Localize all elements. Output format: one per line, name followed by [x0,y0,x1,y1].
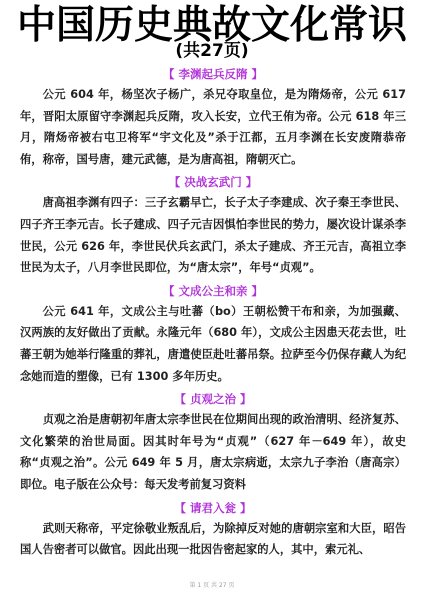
section-paragraph: 贞观之治是唐朝初年唐太宗李世民在位期间出现的政治清明、经济复苏、文化繁荣的治世局… [20,409,406,495]
section-heading: 【 李渊起兵反隋 】 [20,64,406,84]
section-paragraph: 武则天称帝，平定徐敬业叛乱后，为除掉反对她的唐朝宗室和大臣，昭告国人告密者可以做… [20,518,406,561]
section-paragraph: 唐高祖李渊有四子：三子玄霸早亡，长子太子李建成、次子秦王李世民、四子齐王李元吉。… [20,192,406,278]
page-count-subtitle: (共27页) [0,41,424,61]
section-heading: 【 请君入瓮 】 [20,498,406,518]
section-paragraph: 公元 604 年，杨坚次子杨广，杀兄夺取皇位，是为隋炀帝，公元 617 年，晋阳… [20,84,406,170]
section-heading: 【 文成公主和亲 】 [20,281,406,301]
section-heading: 【 贞观之治 】 [20,389,406,409]
section-heading: 【 决战玄武门 】 [20,172,406,192]
section-paragraph: 公元 641 年，文成公主与吐蕃（bo）王朝松赞干布和亲，为加强藏、汉两族的友好… [20,301,406,387]
page-footer: 第 1 页 共 27 页 [0,580,424,589]
document-body: 【 李渊起兵反隋 】 公元 604 年，杨坚次子杨广，杀兄夺取皇位，是为隋炀帝，… [20,64,406,563]
